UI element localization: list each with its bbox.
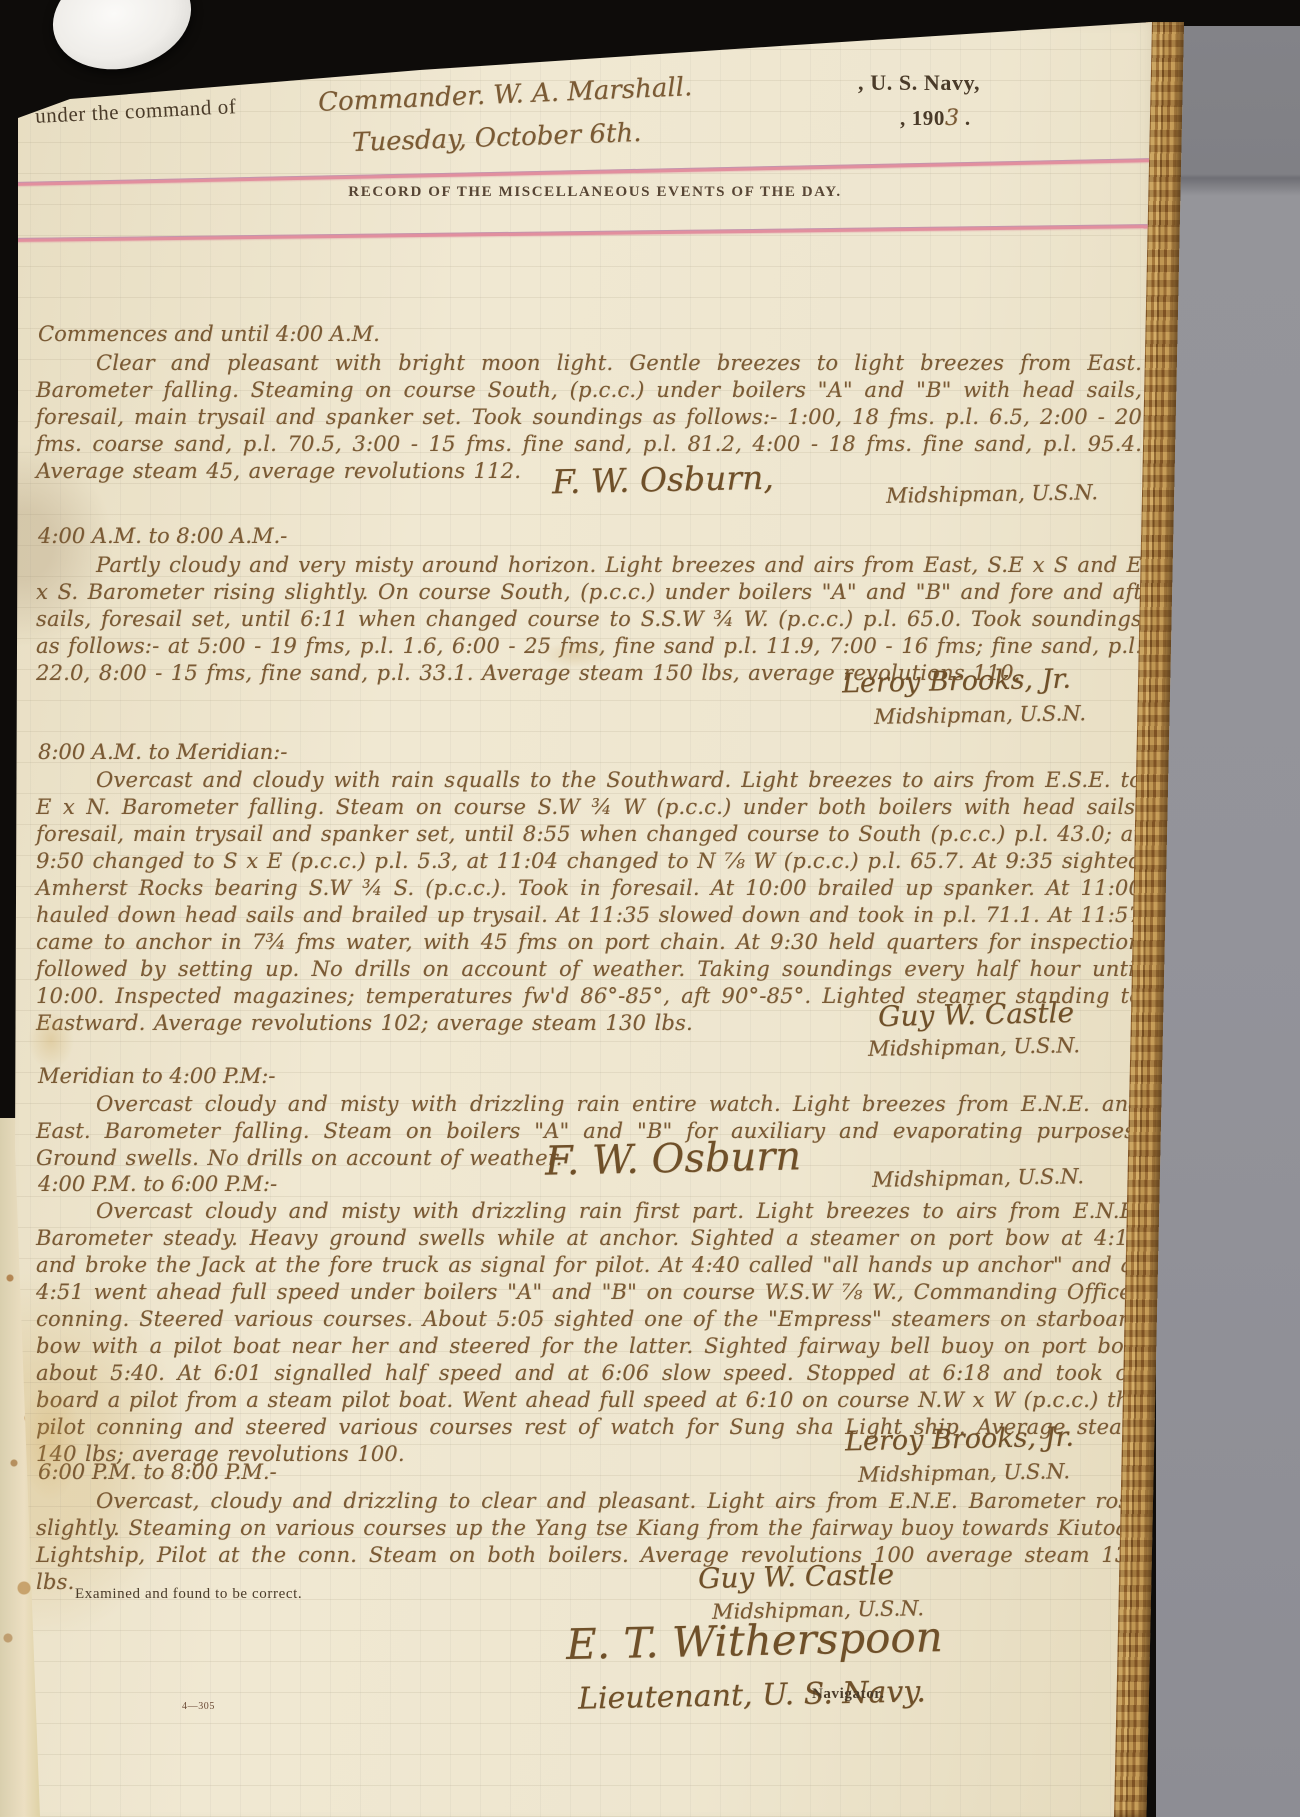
midshipman-signature: Leroy Brooks, Jr.: [845, 1422, 1075, 1458]
watch-period-heading: Commences and until 4:00 A.M.: [38, 322, 380, 346]
watch-period-heading: Meridian to 4:00 P.M:-: [38, 1064, 275, 1088]
watch-entry-text: Overcast and cloudy with rain squalls to…: [36, 767, 1142, 1037]
date-line-handwritten: Tuesday, October 6th.: [352, 118, 642, 158]
cloth-fragment: [42, 0, 203, 83]
midshipman-signature: Guy W. Castle: [878, 996, 1075, 1033]
examined-note: Examined and found to be correct.: [75, 1586, 302, 1603]
midshipman-signature: F. W. Osburn,: [552, 458, 775, 502]
photo-of-logbook: { "document": { "header": { "command_pre…: [0, 0, 1300, 1817]
navigator-label: Navigator.: [812, 1686, 885, 1703]
midshipman-signature: Guy W. Castle: [698, 1558, 895, 1595]
watch-period-heading: 8:00 A.M. to Meridian:-: [38, 740, 287, 764]
year-period: .: [959, 106, 971, 130]
watch-entry-text: Overcast, cloudy and drizzling to clear …: [36, 1488, 1142, 1596]
midshipman-rank: Midshipman, U.S.N.: [868, 1033, 1080, 1061]
navigator-signature: E. T. Witherspoon: [566, 1612, 944, 1669]
watch-period-heading: 4:00 A.M. to 8:00 A.M.-: [38, 524, 287, 548]
commander-name-handwritten: Commander. W. A. Marshall.: [318, 72, 693, 118]
midshipman-rank: Midshipman, U.S.N.: [886, 480, 1098, 508]
watch-period-heading: 4:00 P.M. to 6:00 P.M:-: [38, 1172, 277, 1196]
midshipman-rank: Midshipman, U.S.N.: [858, 1459, 1070, 1487]
midshipman-rank: Midshipman, U.S.N.: [872, 1164, 1084, 1192]
ruled-line-bottom: [14, 224, 1156, 242]
page-title: RECORD OF THE MISCELLANEOUS EVENTS OF TH…: [280, 184, 910, 201]
command-prefix-label: under the command of: [35, 94, 238, 129]
midshipman-signature: F. W. Osburn: [545, 1133, 802, 1184]
form-number: 4—305: [182, 1701, 215, 1712]
logbook-page: under the command of Commander. W. A. Ma…: [0, 0, 1156, 1817]
midshipman-rank: Midshipman, U.S.N.: [874, 701, 1086, 729]
year-printed-prefix: , 190: [900, 106, 945, 130]
us-navy-label: , U. S. Navy,: [858, 70, 980, 96]
watch-period-heading: 6:00 P.M. to 8:00 P.M.-: [38, 1460, 277, 1484]
year-digit-handwritten: 3: [945, 106, 959, 131]
midshipman-signature: Leroy Brooks, Jr.: [842, 664, 1072, 700]
ruled-line-top: [14, 158, 1156, 186]
year-line: , 1903 .: [900, 106, 971, 131]
